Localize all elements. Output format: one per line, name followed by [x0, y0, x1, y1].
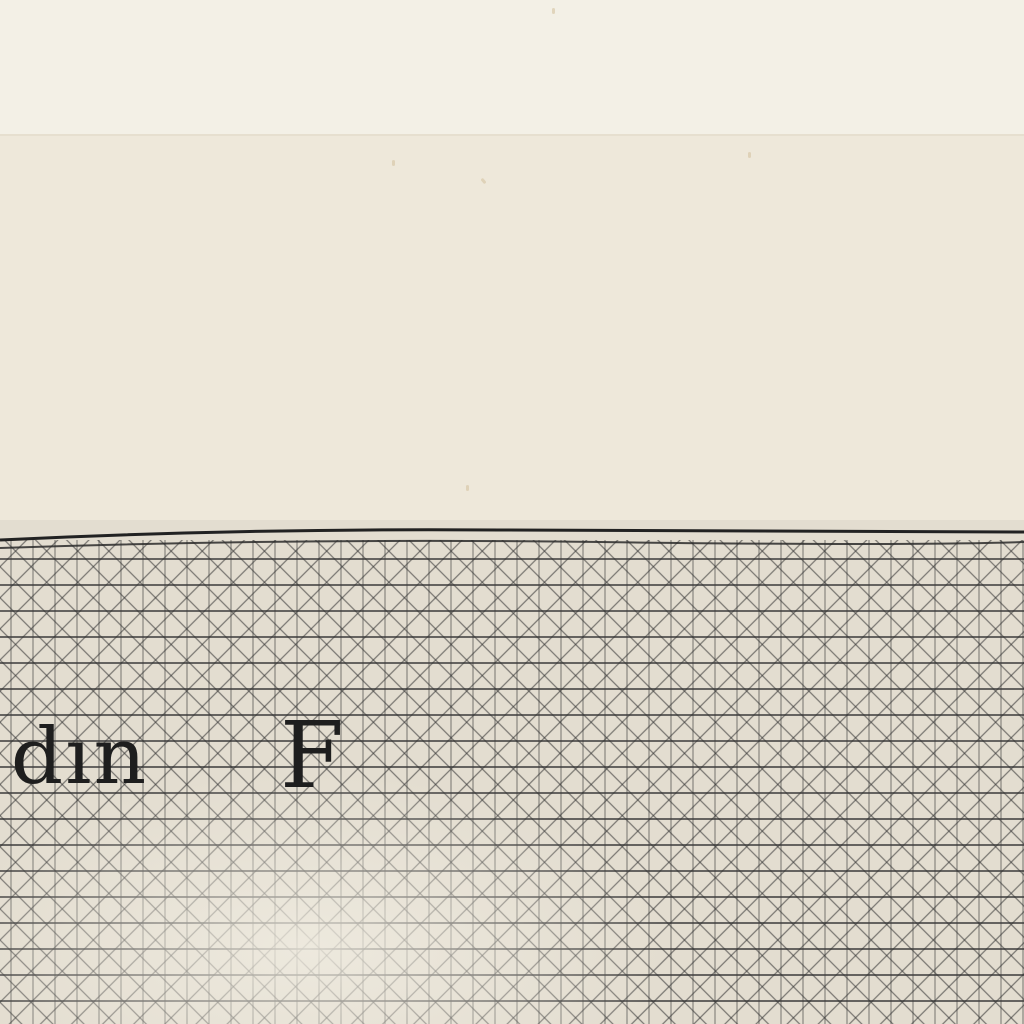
paper-margin: [0, 0, 1024, 136]
paper-speck: [392, 160, 395, 166]
plate-area-paper: [0, 136, 1024, 536]
cross-hatched-area: [0, 520, 1024, 1024]
paper-speck: [466, 485, 469, 491]
inscription-partial-word: dın: [11, 718, 149, 796]
paper-speck: [552, 8, 555, 14]
paper-speck: [748, 152, 751, 158]
inscription-letter: F: [280, 710, 346, 802]
